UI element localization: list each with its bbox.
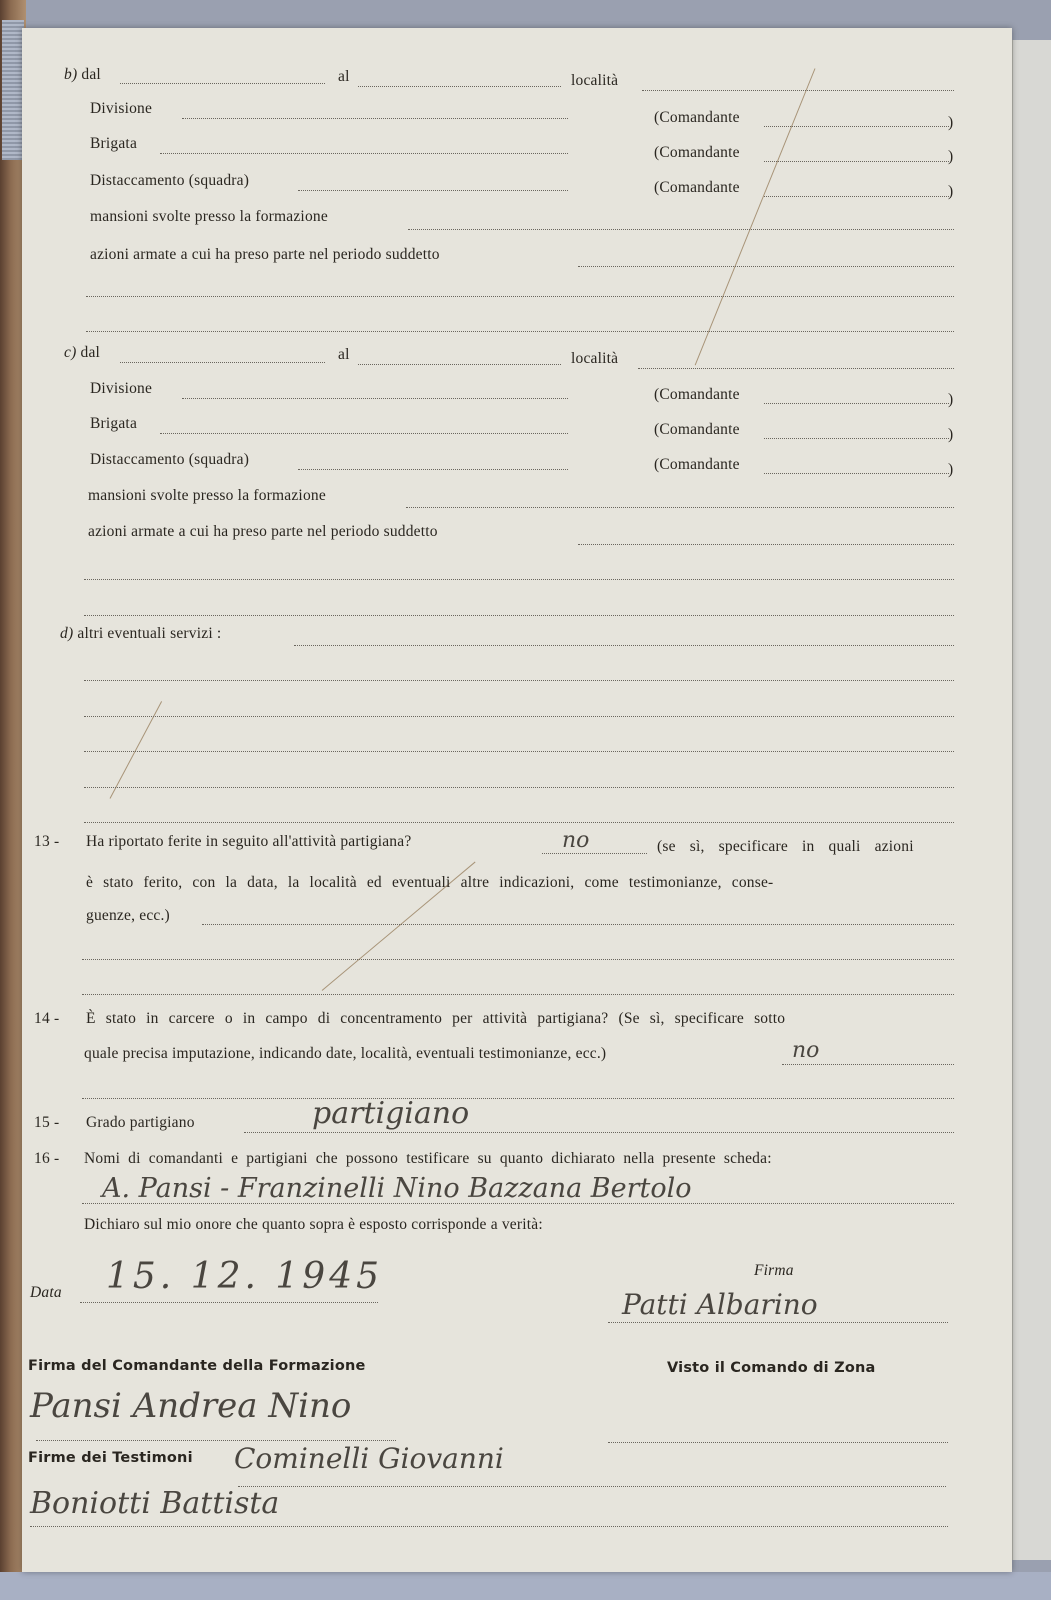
azioni-label: azioni armate a cui ha preso parte nel p… — [90, 246, 440, 264]
comandante-label: (Comandante — [654, 179, 740, 197]
d-servizi-line-3[interactable] — [84, 716, 954, 717]
c-dal-field[interactable] — [120, 362, 325, 363]
b-distaccamento-comandante-field[interactable] — [764, 196, 949, 197]
section-d-marker: d) — [60, 625, 73, 642]
c-azioni-field[interactable] — [578, 544, 954, 545]
section-d-row: d) altri eventuali servizi : — [60, 625, 221, 643]
commander-signature-field[interactable] — [36, 1440, 396, 1441]
q13-question-cont: (se sì, specificare in quali azioni — [657, 838, 914, 856]
q13-question-line2: è stato ferito, con la data, la località… — [86, 874, 773, 892]
divisione-label: Divisione — [90, 100, 152, 118]
date-label: Data — [30, 1284, 62, 1302]
c-azioni-line-3[interactable] — [84, 615, 954, 616]
altri-servizi-label: altri eventuali servizi : — [77, 625, 221, 642]
d-servizi-line-2[interactable] — [84, 680, 954, 681]
q14-number: 14 - — [34, 1010, 59, 1028]
al-label: al — [338, 68, 350, 86]
q13-details-line-3[interactable] — [82, 994, 954, 995]
section-b-marker: b) — [64, 66, 77, 83]
c-distaccamento-field[interactable] — [298, 469, 568, 470]
q16-label: Nomi di comandanti e partigiani che poss… — [84, 1150, 772, 1168]
c-divisione-comandante-field[interactable] — [764, 403, 949, 404]
witnesses-label: Firme dei Testimoni — [28, 1450, 193, 1466]
commander-label: Firma del Comandante della Formazione — [28, 1358, 366, 1374]
localita-label: località — [571, 350, 618, 368]
paren-close: ) — [948, 426, 953, 444]
q13-question-line3: guenze, ecc.) — [86, 907, 170, 925]
b-brigata-comandante-field[interactable] — [764, 161, 949, 162]
comandante-label: (Comandante — [654, 386, 740, 404]
d-servizi-line-4[interactable] — [84, 751, 954, 752]
paren-close: ) — [948, 114, 953, 132]
b-al-field[interactable] — [358, 86, 561, 87]
q16-number: 16 - — [34, 1150, 59, 1168]
witness-1-signature: Cominelli Giovanni — [234, 1442, 504, 1475]
q16-answer: A. Pansi - Franzinelli Nino Bazzana Bert… — [102, 1173, 692, 1204]
brigata-label: Brigata — [90, 415, 137, 433]
b-azioni-field[interactable] — [578, 266, 954, 267]
signature-value: Patti Albarino — [622, 1288, 818, 1321]
q14-answer-field[interactable] — [782, 1064, 954, 1065]
zone-command-field[interactable] — [608, 1442, 948, 1443]
comandante-label: (Comandante — [654, 109, 740, 127]
comandante-label: (Comandante — [654, 421, 740, 439]
q13-answer-field[interactable] — [542, 853, 647, 854]
q13-question: Ha riportato ferite in seguito all'attiv… — [86, 833, 411, 851]
comandante-label: (Comandante — [654, 456, 740, 474]
mansioni-label: mansioni svolte presso la formazione — [90, 208, 328, 226]
b-divisione-comandante-field[interactable] — [764, 126, 949, 127]
date-field[interactable] — [80, 1302, 378, 1303]
brigata-label: Brigata — [90, 135, 137, 153]
commander-signature: Pansi Andrea Nino — [30, 1386, 351, 1426]
b-azioni-line-3[interactable] — [86, 331, 954, 332]
form-sheet: b) dal al località Divisione (Comandante… — [22, 28, 1012, 1572]
al-label: al — [338, 346, 350, 364]
paren-close: ) — [948, 391, 953, 409]
q14-question-line2: quale precisa imputazione, indicando dat… — [84, 1045, 606, 1063]
q13-answer: no — [562, 828, 589, 853]
paren-close: ) — [948, 183, 953, 201]
b-mansioni-field[interactable] — [408, 229, 954, 230]
q14-answer: no — [792, 1038, 819, 1063]
c-brigata-comandante-field[interactable] — [764, 438, 949, 439]
signature-field[interactable] — [608, 1322, 948, 1323]
comandante-label: (Comandante — [654, 144, 740, 162]
section-c-marker: c) — [64, 344, 76, 361]
binder-ribbon — [2, 20, 24, 160]
d-servizi-field[interactable] — [294, 645, 954, 646]
c-localita-field[interactable] — [638, 368, 954, 369]
b-azioni-line-2[interactable] — [86, 296, 954, 297]
b-divisione-field[interactable] — [182, 118, 568, 119]
c-brigata-field[interactable] — [160, 433, 568, 434]
distaccamento-label: Distaccamento (squadra) — [90, 451, 249, 469]
c-divisione-field[interactable] — [182, 398, 568, 399]
background-bottom — [0, 1572, 1051, 1600]
b-distaccamento-field[interactable] — [298, 190, 568, 191]
background-right-page — [1012, 40, 1051, 1560]
b-brigata-field[interactable] — [160, 153, 568, 154]
b-dal-field[interactable] — [120, 83, 325, 84]
q13-details-field[interactable] — [202, 924, 954, 925]
q15-answer: partigiano — [312, 1096, 469, 1131]
q13-details-line-2[interactable] — [82, 959, 954, 960]
section-c-period: c) dal — [64, 344, 100, 362]
witness-1-field[interactable] — [238, 1486, 946, 1487]
firma-label: Firma — [754, 1262, 794, 1280]
paren-close: ) — [948, 461, 953, 479]
q15-answer-field[interactable] — [244, 1132, 954, 1133]
d-servizi-line-5[interactable] — [84, 787, 954, 788]
c-azioni-line-2[interactable] — [84, 579, 954, 580]
mansioni-label: mansioni svolte presso la formazione — [88, 487, 326, 505]
distaccamento-label: Distaccamento (squadra) — [90, 172, 249, 190]
date-value: 15. 12. 1945 — [106, 1256, 383, 1297]
divisione-label: Divisione — [90, 380, 152, 398]
declaration-text: Dichiaro sul mio onore che quanto sopra … — [84, 1216, 543, 1234]
d-servizi-line-6[interactable] — [84, 822, 954, 823]
q13-number: 13 - — [34, 833, 59, 851]
localita-label: località — [571, 72, 618, 90]
c-al-field[interactable] — [358, 364, 561, 365]
azioni-label: azioni armate a cui ha preso parte nel p… — [88, 523, 438, 541]
witness-2-field[interactable] — [30, 1526, 948, 1527]
q15-label: Grado partigiano — [86, 1114, 195, 1132]
q14-details-line-2[interactable] — [82, 1098, 954, 1099]
witness-2-signature: Boniotti Battista — [30, 1486, 279, 1521]
c-distaccamento-comandante-field[interactable] — [764, 473, 949, 474]
q14-question: È stato in carcere o in campo di concent… — [86, 1010, 785, 1028]
paren-close: ) — [948, 148, 953, 166]
b-localita-field[interactable] — [642, 90, 954, 91]
zone-command-label: Visto il Comando di Zona — [667, 1360, 876, 1376]
q15-number: 15 - — [34, 1114, 59, 1132]
c-mansioni-field[interactable] — [406, 507, 954, 508]
section-b-period: b) dal — [64, 66, 101, 84]
dal-label: dal — [81, 344, 101, 361]
dal-label: dal — [81, 66, 101, 83]
